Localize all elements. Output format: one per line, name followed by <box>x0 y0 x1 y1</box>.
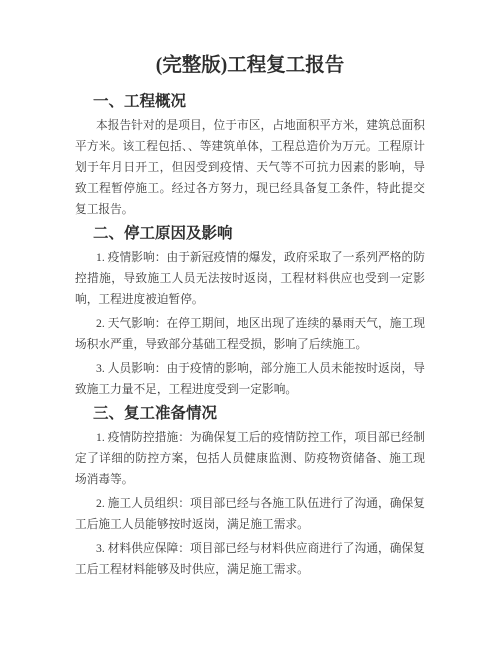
paragraph-project-overview: 本报告针对的是项目，位于市区，占地面积平方米，建筑总面积平方米。该工程包括、、等… <box>75 115 425 220</box>
paragraph-weather-impact: 2. 天气影响：在停工期间，地区出现了连续的暴雨天气，施工现场积水严重，导致部分… <box>75 313 425 355</box>
section-stoppage-reasons: 二、停工原因及影响 1. 疫情影响：由于新冠疫情的爆发，政府采取了一系列严格的防… <box>75 223 425 400</box>
section-project-overview: 一、工程概况 本报告针对的是项目，位于市区，占地面积平方米，建筑总面积平方米。该… <box>75 91 425 220</box>
paragraph-personnel-organization: 2. 施工人员组织：项目部已经与各施工队伍进行了沟通，确保复工后施工人员能够按时… <box>75 493 425 535</box>
paragraph-epidemic-prevention-measures: 1. 疫情防控措施：为确保复工后的疫情防控工作，项目部已经制定了详细的防控方案，… <box>75 427 425 490</box>
document-page: (完整版)工程复工报告 一、工程概况 本报告针对的是项目，位于市区，占地面积平方… <box>0 0 500 647</box>
section-resumption-preparation: 三、复工准备情况 1. 疫情防控措施：为确保复工后的疫情防控工作，项目部已经制定… <box>75 403 425 580</box>
paragraph-epidemic-impact: 1. 疫情影响：由于新冠疫情的爆发，政府采取了一系列严格的防控措施，导致施工人员… <box>75 247 425 310</box>
section-heading-stoppage-reasons: 二、停工原因及影响 <box>93 223 425 244</box>
section-heading-resumption-preparation: 三、复工准备情况 <box>93 403 425 424</box>
paragraph-personnel-impact: 3. 人员影响：由于疫情的影响，部分施工人员未能按时返岗，导致施工力量不足，工程… <box>75 358 425 400</box>
section-heading-project-overview: 一、工程概况 <box>93 91 425 112</box>
paragraph-material-supply-guarantee: 3. 材料供应保障：项目部已经与材料供应商进行了沟通，确保复工后工程材料能够及时… <box>75 538 425 580</box>
document-title: (完整版)工程复工报告 <box>75 51 425 81</box>
